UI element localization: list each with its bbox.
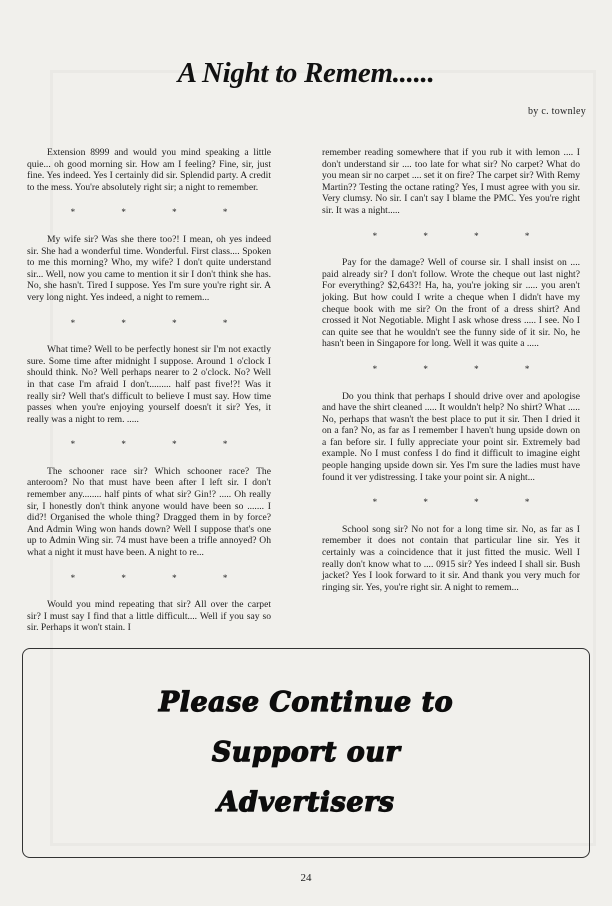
notice-line: Support our [23, 737, 589, 768]
section-separator: * * * * [27, 439, 271, 451]
paragraph: Would you mind repeating that sir? All o… [27, 599, 271, 634]
notice-line: Please Continue to [23, 687, 589, 718]
paragraph: What time? Well to be perfectly honest s… [27, 344, 271, 425]
paragraph: Pay for the damage? Well of course sir. … [322, 257, 580, 350]
section-separator: * * * * [322, 231, 580, 243]
notice-line: Advertisers [23, 787, 589, 818]
paragraph: The schooner race sir? Which schooner ra… [27, 466, 271, 559]
left-column: Extension 8999 and would you mind speaki… [27, 147, 271, 634]
paragraph: Do you think that perhaps I should drive… [322, 391, 580, 484]
page-number: 24 [0, 872, 612, 884]
advertisers-notice-box: Please Continue to Support our Advertise… [22, 648, 590, 858]
section-separator: * * * * [27, 573, 271, 585]
paragraph: School song sir? No not for a long time … [322, 524, 580, 594]
article-byline: by c. townley [528, 106, 586, 117]
paragraph: My wife sir? Was she there too?! I mean,… [27, 234, 271, 304]
paragraph: Extension 8999 and would you mind speaki… [27, 147, 271, 193]
section-separator: * * * * [27, 318, 271, 330]
section-separator: * * * * [322, 364, 580, 376]
paragraph: remember reading somewhere that if you r… [322, 147, 580, 217]
section-separator: * * * * [322, 497, 580, 509]
right-column: remember reading somewhere that if you r… [322, 147, 580, 593]
article-title: A Night to Remem...... [0, 57, 612, 90]
section-separator: * * * * [27, 207, 271, 219]
